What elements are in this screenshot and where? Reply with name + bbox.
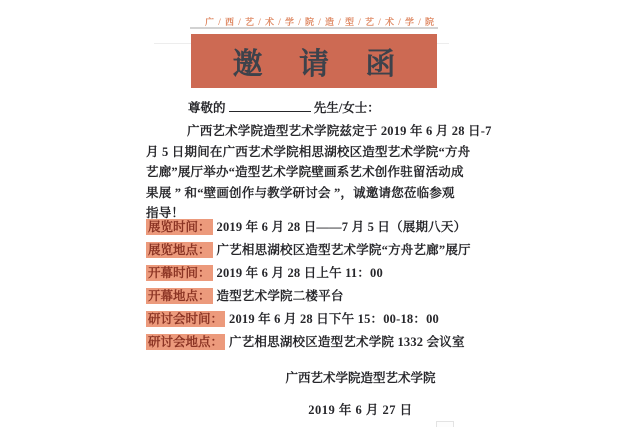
info-row-exhibition-place: 展览地点：广艺相思湖校区造型艺术学院“方舟艺廊”展厅 — [146, 240, 486, 263]
page-corner-artifact — [436, 421, 454, 427]
paragraph-line: 艺廊”展厅举办“造型艺术学院壁画系艺术创作驻留活动成 — [146, 162, 438, 183]
info-label: 研讨会时间： — [146, 311, 225, 327]
info-label: 研讨会地点： — [146, 334, 225, 350]
info-label: 展览地点： — [146, 242, 213, 258]
signature-block: 广西艺术学院造型艺术学院 2019 年 6 月 27 日 — [283, 368, 438, 418]
header-rule-line — [190, 27, 438, 29]
paragraph-line: 广西艺术学院造型艺术学院兹定于 2019 年 6 月 28 日-7 — [146, 121, 438, 142]
event-info-list: 展览时间：2019 年 6 月 28 日——7 月 5 日（展期八天） 展览地点… — [146, 217, 486, 355]
salutation-prefix: 尊敬的 — [188, 101, 226, 115]
info-value: 广艺相思湖校区造型艺术学院“方舟艺廊”展厅 — [217, 243, 471, 257]
paragraph-line: 月 5 日期间在广西艺术学院相思湖校区造型艺术学院“方舟 — [146, 142, 438, 163]
info-row-seminar-place: 研讨会地点：广艺相思湖校区造型艺术学院 1332 会议室 — [146, 332, 486, 355]
info-value: 2019 年 6 月 28 日下午 15：00-18：00 — [229, 312, 439, 326]
info-label: 开幕地点： — [146, 288, 213, 304]
invitation-title: 邀 请 函 — [219, 39, 410, 83]
invitation-letter-page: 广 / 西 / 艺 / 术 / 学 / 院 / 造 / 型 / 艺 / 术 / … — [0, 0, 640, 427]
info-row-opening-place: 开幕地点：造型艺术学院二楼平台 — [146, 286, 486, 309]
salutation-suffix: 先生/女士： — [314, 101, 380, 115]
name-blank-underline — [229, 99, 311, 112]
signature-org: 广西艺术学院造型艺术学院 — [283, 368, 438, 386]
info-row-opening-time: 开幕时间：2019 年 6 月 28 日上午 11：00 — [146, 263, 486, 286]
info-value: 2019 年 6 月 28 日上午 11：00 — [217, 266, 383, 280]
info-value: 2019 年 6 月 28 日——7 月 5 日（展期八天） — [217, 220, 467, 234]
invitation-title-banner: 邀 请 函 — [191, 34, 437, 88]
salutation-line: 尊敬的 先生/女士： — [188, 98, 380, 119]
invitation-body-paragraph: 广西艺术学院造型艺术学院兹定于 2019 年 6 月 28 日-7 月 5 日期… — [146, 121, 438, 224]
info-label: 开幕时间： — [146, 265, 213, 281]
info-label: 展览时间： — [146, 219, 213, 235]
info-row-seminar-time: 研讨会时间：2019 年 6 月 28 日下午 15：00-18：00 — [146, 309, 486, 332]
info-value: 造型艺术学院二楼平台 — [217, 289, 344, 303]
info-row-exhibition-time: 展览时间：2019 年 6 月 28 日——7 月 5 日（展期八天） — [146, 217, 486, 240]
paragraph-line: 果展 ” 和“壁画创作与教学研讨会 ”，诚邀请您莅临参观 — [146, 183, 438, 204]
signature-date: 2019 年 6 月 27 日 — [283, 400, 438, 418]
info-value: 广艺相思湖校区造型艺术学院 1332 会议室 — [229, 335, 465, 349]
